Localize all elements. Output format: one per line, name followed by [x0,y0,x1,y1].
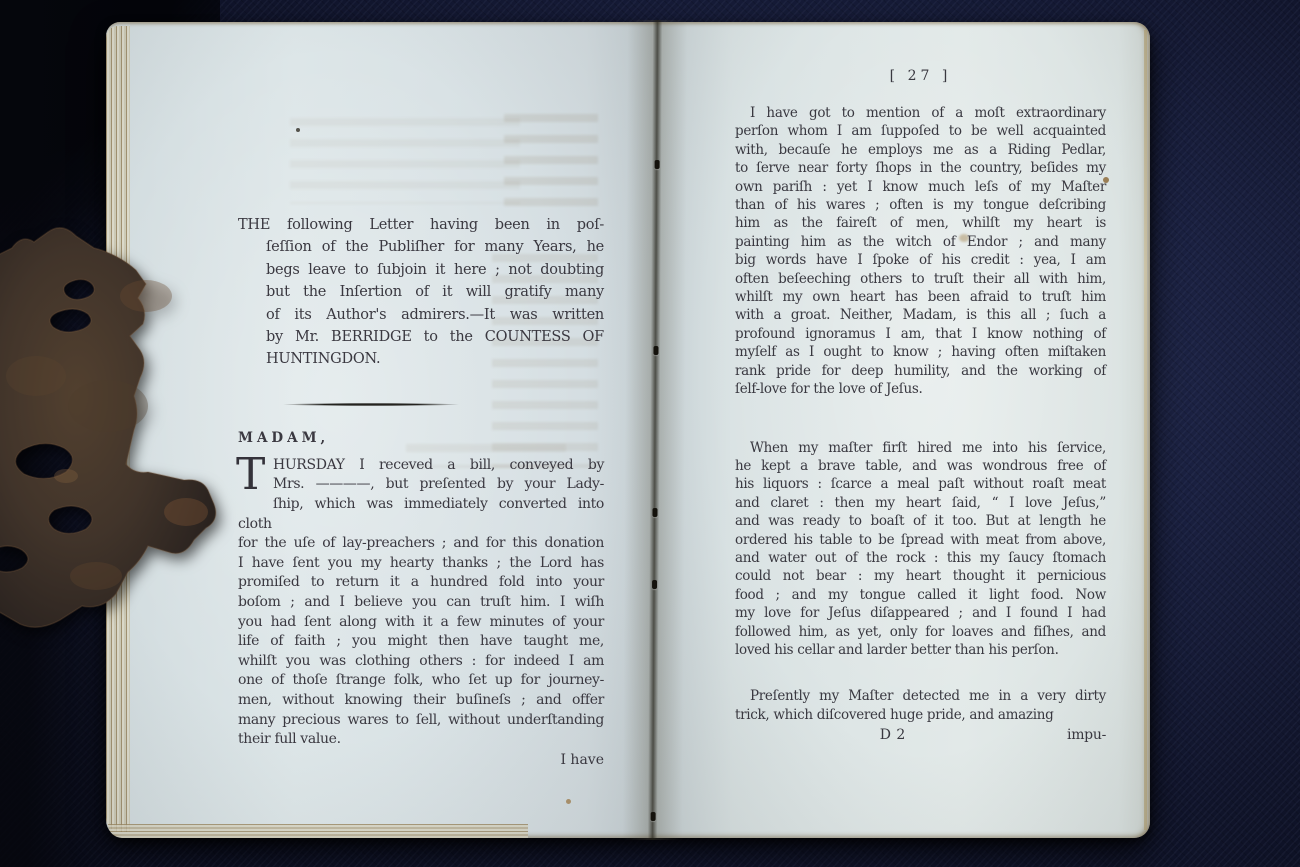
text-line: myſelf as I ought to know ; having often… [735,343,1106,361]
right-page-text: [ 27 ] I have got to mention of a moſt e… [735,62,1106,743]
text-line: THE following Letter having been in poſ- [238,214,604,236]
text-line: HURSDAY I receved a bill, conveyed by [238,456,604,476]
text-line: boſom ; and I believe you can truſt him.… [238,593,604,613]
text-line: loved his cellar and larder better than … [735,641,1106,659]
photo-scene: THE following Letter having been in poſ-… [0,0,1300,867]
letter-body: T HURSDAY I receved a bill, conveyed byM… [238,456,604,750]
text-line: him as the faireſt of men, whilſt my hea… [735,214,1106,232]
text-line: and water out of the rock : this my ſauc… [735,549,1106,567]
publisher-note: THE following Letter having been in poſ-… [238,214,604,371]
text-line: trick, which diſcovered huge pride, and … [735,706,1106,724]
text-line: could not bear : my heart thought it per… [735,567,1106,585]
text-line: whilſt you was clothing others : for ind… [238,652,604,672]
drop-cap: T [236,458,268,496]
signature-row: D 2 impu- [735,727,1106,743]
text-line: HUNTINGDON. [266,348,604,370]
text-line: life of faith ; you might then have taug… [238,632,604,652]
text-line: When my maſter firſt hired me into his ſ… [735,439,1106,457]
text-line: own pariſh : yet I know much leſs of my … [735,178,1106,196]
paragraph-1: I have got to mention of a moſt extraord… [735,104,1106,399]
stitch-thread [652,580,657,589]
text-line: to ſerve near forty ſhops in the country… [735,159,1106,177]
text-line: I have ſent you my hearty thanks ; the L… [238,554,604,574]
stitch-thread [651,812,656,821]
text-line: Mrs. ————, but preſented by your Lady- [238,475,604,495]
stitch-thread [653,346,658,355]
text-line: I have got to mention of a moſt extraord… [735,104,1106,122]
paragraph-3: Preſently my Maſter detected me in a ver… [735,687,1106,724]
text-line: with a groat. Neither, Madam, is this al… [735,306,1106,324]
text-line: with, becauſe he employs me as a Riding … [735,141,1106,159]
salutation: MADAM, [238,430,604,446]
text-line: ſhip, which was immediately converted in… [238,495,604,534]
text-line: perſon whom I am ſuppoſed to be well acq… [735,122,1106,140]
text-line: begs leave to ſubjoin it here ; not doub… [266,259,604,281]
text-line: followed him, as yet, only for loaves an… [735,623,1106,641]
text-line: and was ready to boaſt of it too. But at… [735,512,1106,530]
text-line: big words have I ſpoke of his credit : y… [735,251,1106,269]
foxing-spot [296,128,300,132]
stitch-thread [652,508,657,517]
text-line: he kept a brave table, and was wondrous … [735,457,1106,475]
divider-rule [282,403,460,406]
text-line: their full value. [238,730,604,750]
text-line: ordered his table to be ſpread with meat… [735,531,1106,549]
open-book: THE following Letter having been in poſ-… [106,22,1150,838]
text-line: one of thoſe ſtrange folk, who ſet up fo… [238,671,604,691]
text-line: ſeſſion of the Publiſher for many Years,… [266,236,604,258]
catchword: I have [238,752,604,768]
text-line: Preſently my Maſter detected me in a ver… [735,687,1106,705]
text-line: you had ſent along with it a few minutes… [238,613,604,633]
text-line: his liquors : ſcarce a meal paſt without… [735,475,1106,493]
rusted-metal-fragment [0,226,232,640]
text-line: promiſed to return it a hundred fold int… [238,573,604,593]
book-gutter [622,20,687,840]
paragraph-2: When my maſter firſt hired me into his ſ… [735,439,1106,660]
text-line: for the uſe of lay-preachers ; and for t… [238,534,604,554]
text-line: by Mr. BERRIDGE to the COUNTESS OF [266,326,604,348]
text-line: of its Author's admirers.—It was written [266,304,604,326]
text-line: ſelf-love for the love of Jeſus. [735,380,1106,398]
catchword: impu- [1067,727,1106,743]
text-line: painting him as the witch of Endor ; and… [735,233,1106,251]
text-line: often beſeeching others to truſt their a… [735,270,1106,288]
foxing-spot [566,799,571,804]
signature-mark: D 2 [880,727,906,743]
text-line: whilſt my own heart has been afraid to t… [735,288,1106,306]
bleedthrough-text [290,118,520,204]
letter-lines: HURSDAY I receved a bill, conveyed byMrs… [238,456,604,750]
stitch-thread [655,160,660,169]
text-line: than of his wares ; often is my tongue d… [735,196,1106,214]
text-line: and claret : then my heart ſaid, “ I lov… [735,494,1106,512]
text-line: profound ignoramus I am, that I know not… [735,325,1106,343]
text-line: but the Inſertion of it will gratify man… [266,281,604,303]
text-line: many precious wares to ſell, without und… [238,711,604,731]
text-line: rank pride for deep humility, and the wo… [735,362,1106,380]
text-line: my love for Jeſus diſappeared ; and I fo… [735,604,1106,622]
text-line: men, without knowing their buſineſs ; an… [238,691,604,711]
page-number: [ 27 ] [735,68,1106,84]
text-line: food ; and my tongue called it light foo… [735,586,1106,604]
left-page-text: THE following Letter having been in poſ-… [238,214,604,768]
